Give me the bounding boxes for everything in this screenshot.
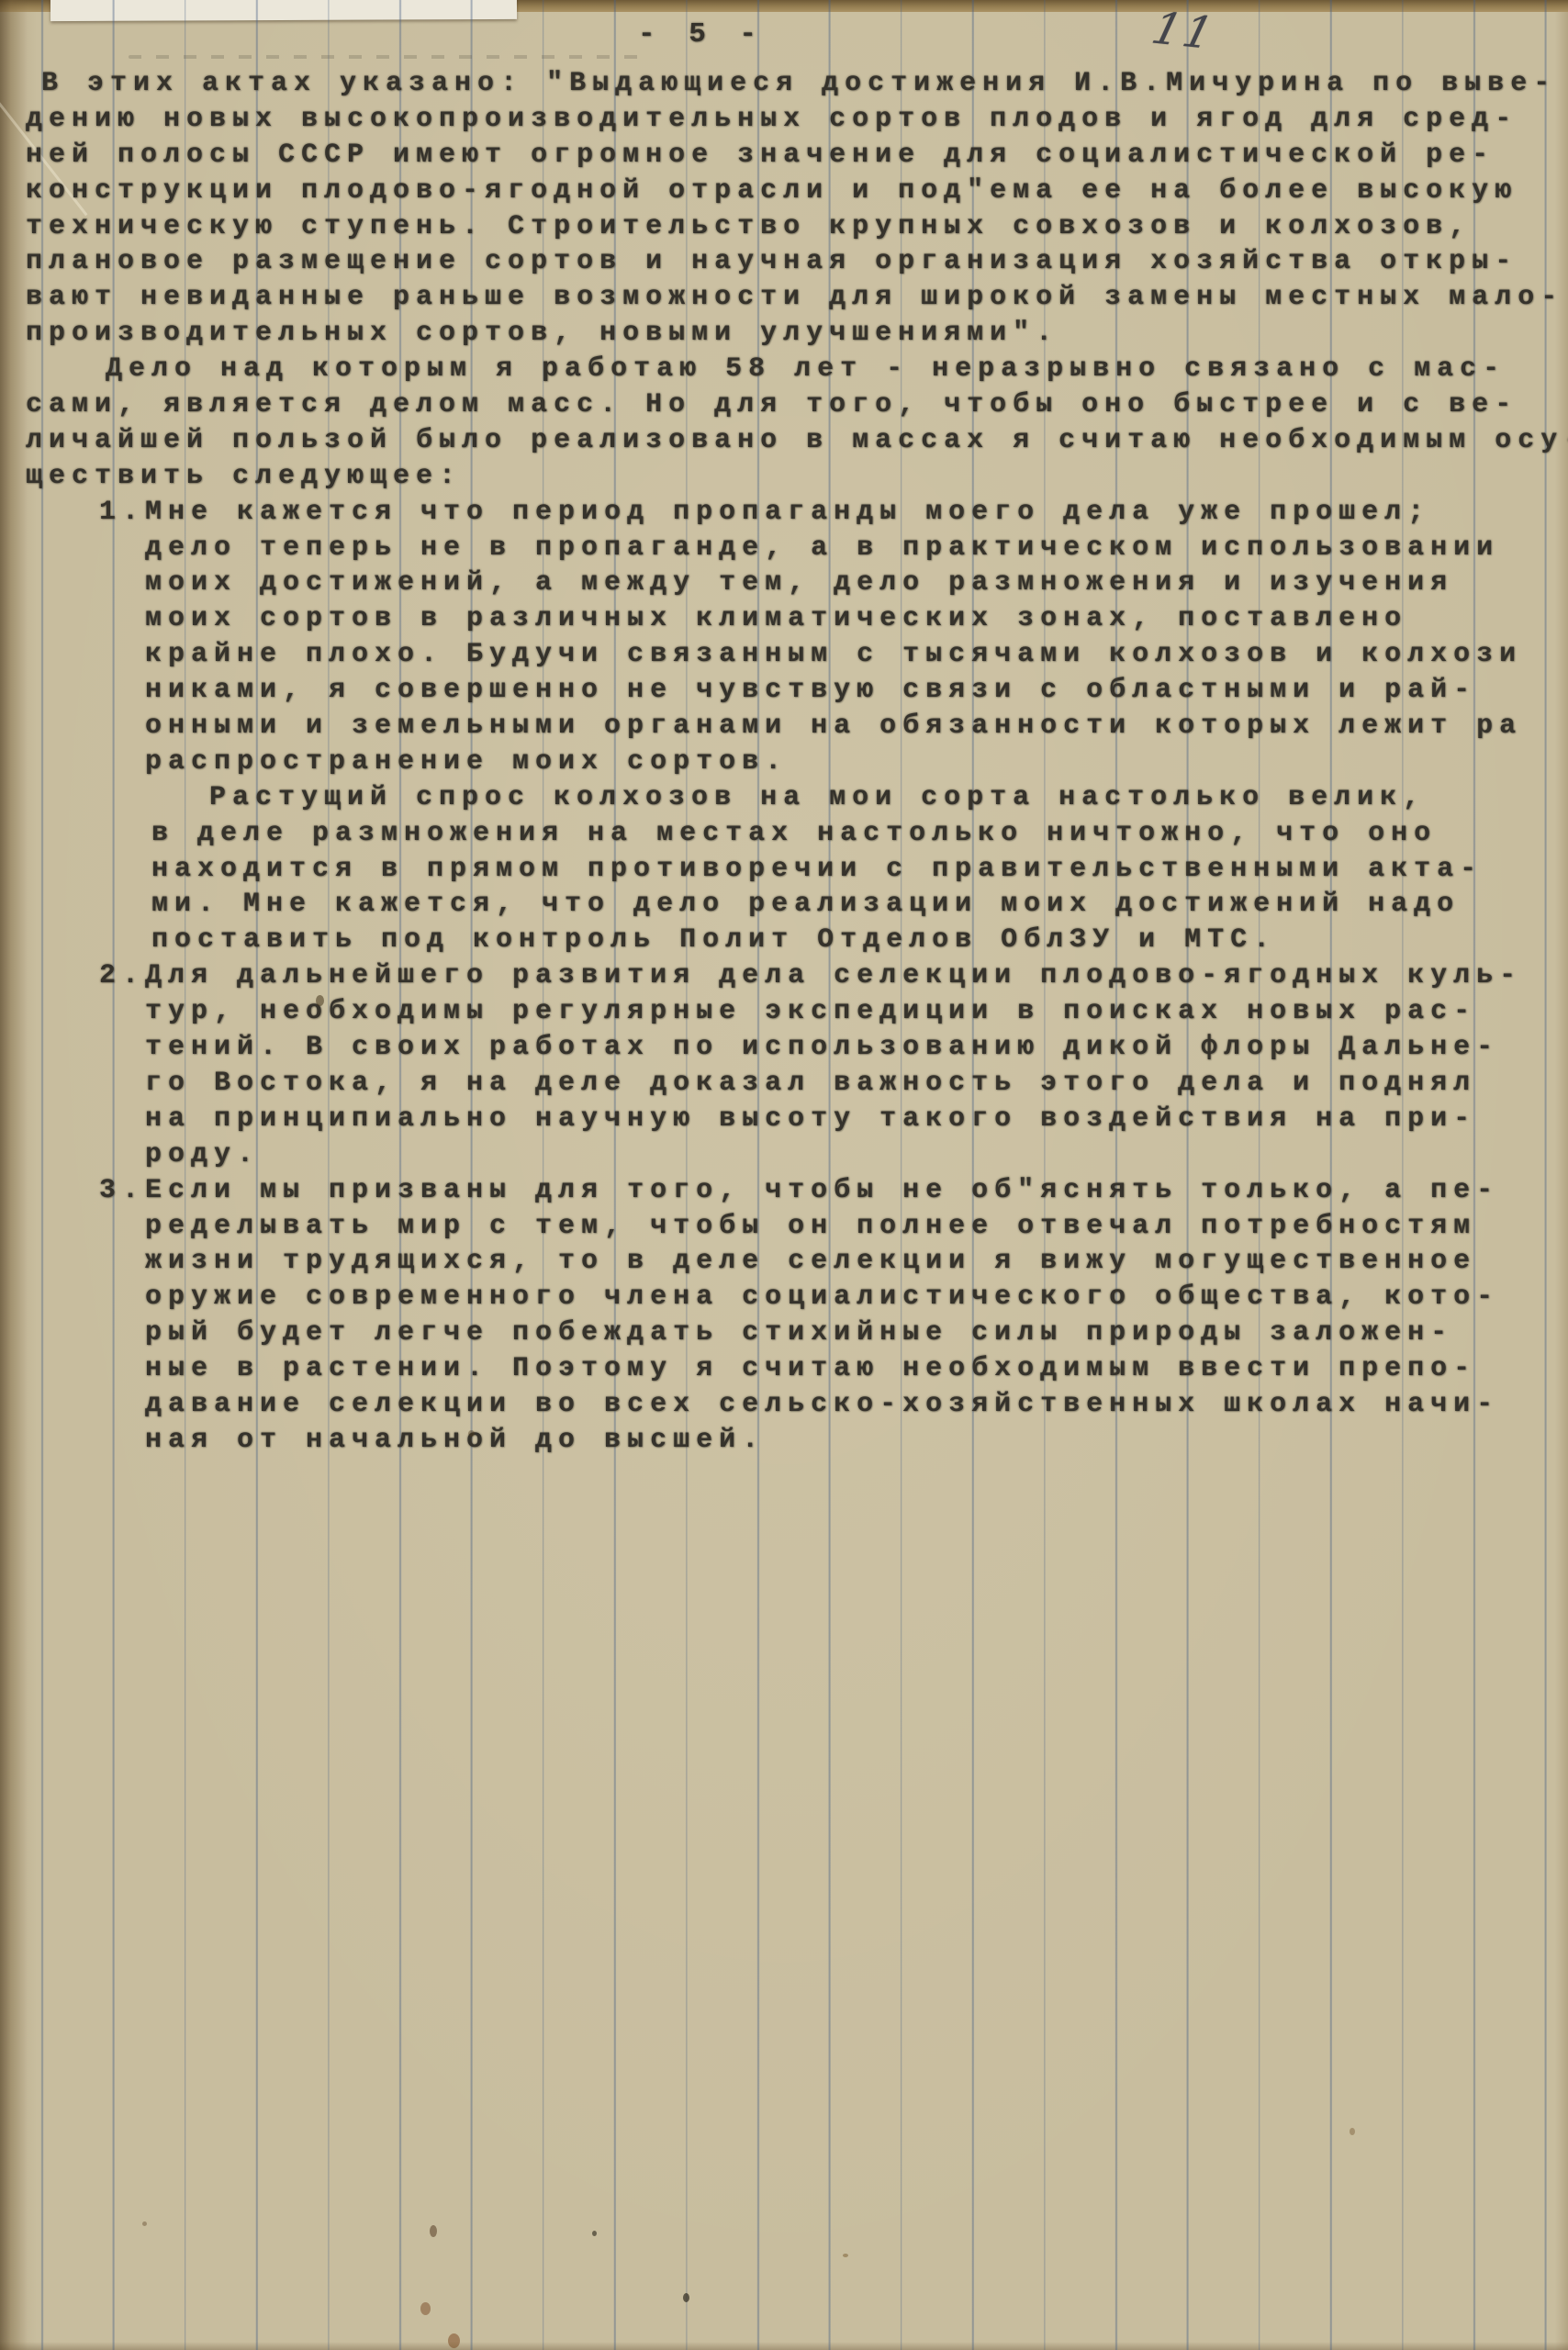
text-line: тений. В своих работах по использованию … — [145, 1030, 1568, 1066]
text-line: никами, я совершенно не чувствую связи с… — [145, 673, 1568, 709]
paper-stain — [843, 2254, 848, 2257]
typewritten-text-block: В этих актах указано: "Выдающиеся достиж… — [0, 66, 1568, 1459]
scanned-document-page: - 5 - 11 В этих актах указано: "Выдающие… — [0, 0, 1568, 2350]
text-line: 3.Если мы призваны для того, чтобы не об… — [99, 1173, 1568, 1209]
text-line: техническую ступень. Строительство крупн… — [26, 209, 1568, 245]
paper-stain — [468, 1430, 475, 1437]
text-line: В этих актах указано: "Выдающиеся достиж… — [41, 66, 1568, 102]
text-line: конструкции плодово-ягодной отрасли и по… — [26, 173, 1568, 209]
text-line: жизни трудящихся, то в деле селекции я в… — [145, 1244, 1568, 1280]
text-line: на принципиально научную высоту такого в… — [145, 1102, 1568, 1137]
text-line: крайне плохо. Будучи связанным с тысячам… — [145, 637, 1568, 673]
text-line: ная от начальной до высшей. — [145, 1423, 1568, 1459]
paper-stain — [592, 2231, 597, 2236]
text-line: производительных сортов, новыми улучшени… — [26, 316, 1568, 352]
paper-stain — [1350, 2128, 1355, 2135]
text-line: 2.Для дальнейшего развития дела селекции… — [99, 958, 1568, 994]
text-line: ществить следующее: — [26, 459, 1568, 495]
text-line: в деле размножения на местах настолько н… — [151, 816, 1568, 852]
text-line: Растущий спрос колхозов на мои сорта нас… — [209, 780, 1568, 816]
text-line: дело теперь не в пропаганде, а в практич… — [145, 531, 1568, 566]
text-line: го Востока, я на деле доказал важность э… — [145, 1066, 1568, 1102]
text-line: плановое размещение сортов и научная орг… — [26, 244, 1568, 280]
page-number: - 5 - — [638, 18, 765, 50]
text-line: ные в растении. Поэтому я считаю необход… — [145, 1351, 1568, 1387]
text-line: тур, необходимы регулярные экспедиции в … — [145, 994, 1568, 1030]
paper-stain — [430, 2225, 437, 2237]
paper-stain — [420, 2302, 431, 2315]
text-line: личайшей пользой было реализовано в масс… — [26, 423, 1568, 459]
text-line: распространение моих сортов. — [145, 744, 1568, 780]
paper-stain — [142, 2221, 147, 2226]
text-line: поставить под контроль Полит Отделов Обл… — [151, 923, 1568, 958]
white-paper-fragment — [50, 0, 517, 21]
text-line: дению новых высокопроизводительных сорто… — [26, 102, 1568, 138]
text-line: Дело над которым я работаю 58 лет - нера… — [106, 352, 1568, 387]
paper-stain — [683, 2293, 689, 2302]
text-line: давание селекции во всех сельско-хозяйст… — [145, 1387, 1568, 1423]
text-line: роду. — [145, 1137, 1568, 1173]
paper-stain — [316, 995, 324, 1006]
text-line: ределывать мир с тем, чтобы он полнее от… — [145, 1209, 1568, 1245]
text-line: оружие современного члена социалистическ… — [145, 1280, 1568, 1315]
ghost-ink-mark — [129, 55, 643, 59]
text-line: онными и земельными органами на обязанно… — [145, 709, 1568, 744]
text-line: находится в прямом противоречии с правит… — [151, 852, 1568, 888]
text-line: моих достижений, а между тем, дело размн… — [145, 565, 1568, 601]
text-line: моих сортов в различных климатических зо… — [145, 601, 1568, 637]
text-line: вают невиданные раньше возможности для ш… — [26, 280, 1568, 316]
text-line: рый будет легче побеждать стихийные силы… — [145, 1315, 1568, 1351]
handwritten-folio-number: 11 — [1147, 3, 1220, 60]
text-line: ней полосы СССР имеют огромное значение … — [26, 138, 1568, 173]
paper-stain — [448, 2333, 460, 2348]
text-line: сами, является делом масс. Но для того, … — [26, 387, 1568, 423]
text-line: 1.Мне кажется что период пропаганды моег… — [99, 495, 1568, 531]
text-line: ми. Мне кажется, что дело реализации мои… — [151, 887, 1568, 923]
